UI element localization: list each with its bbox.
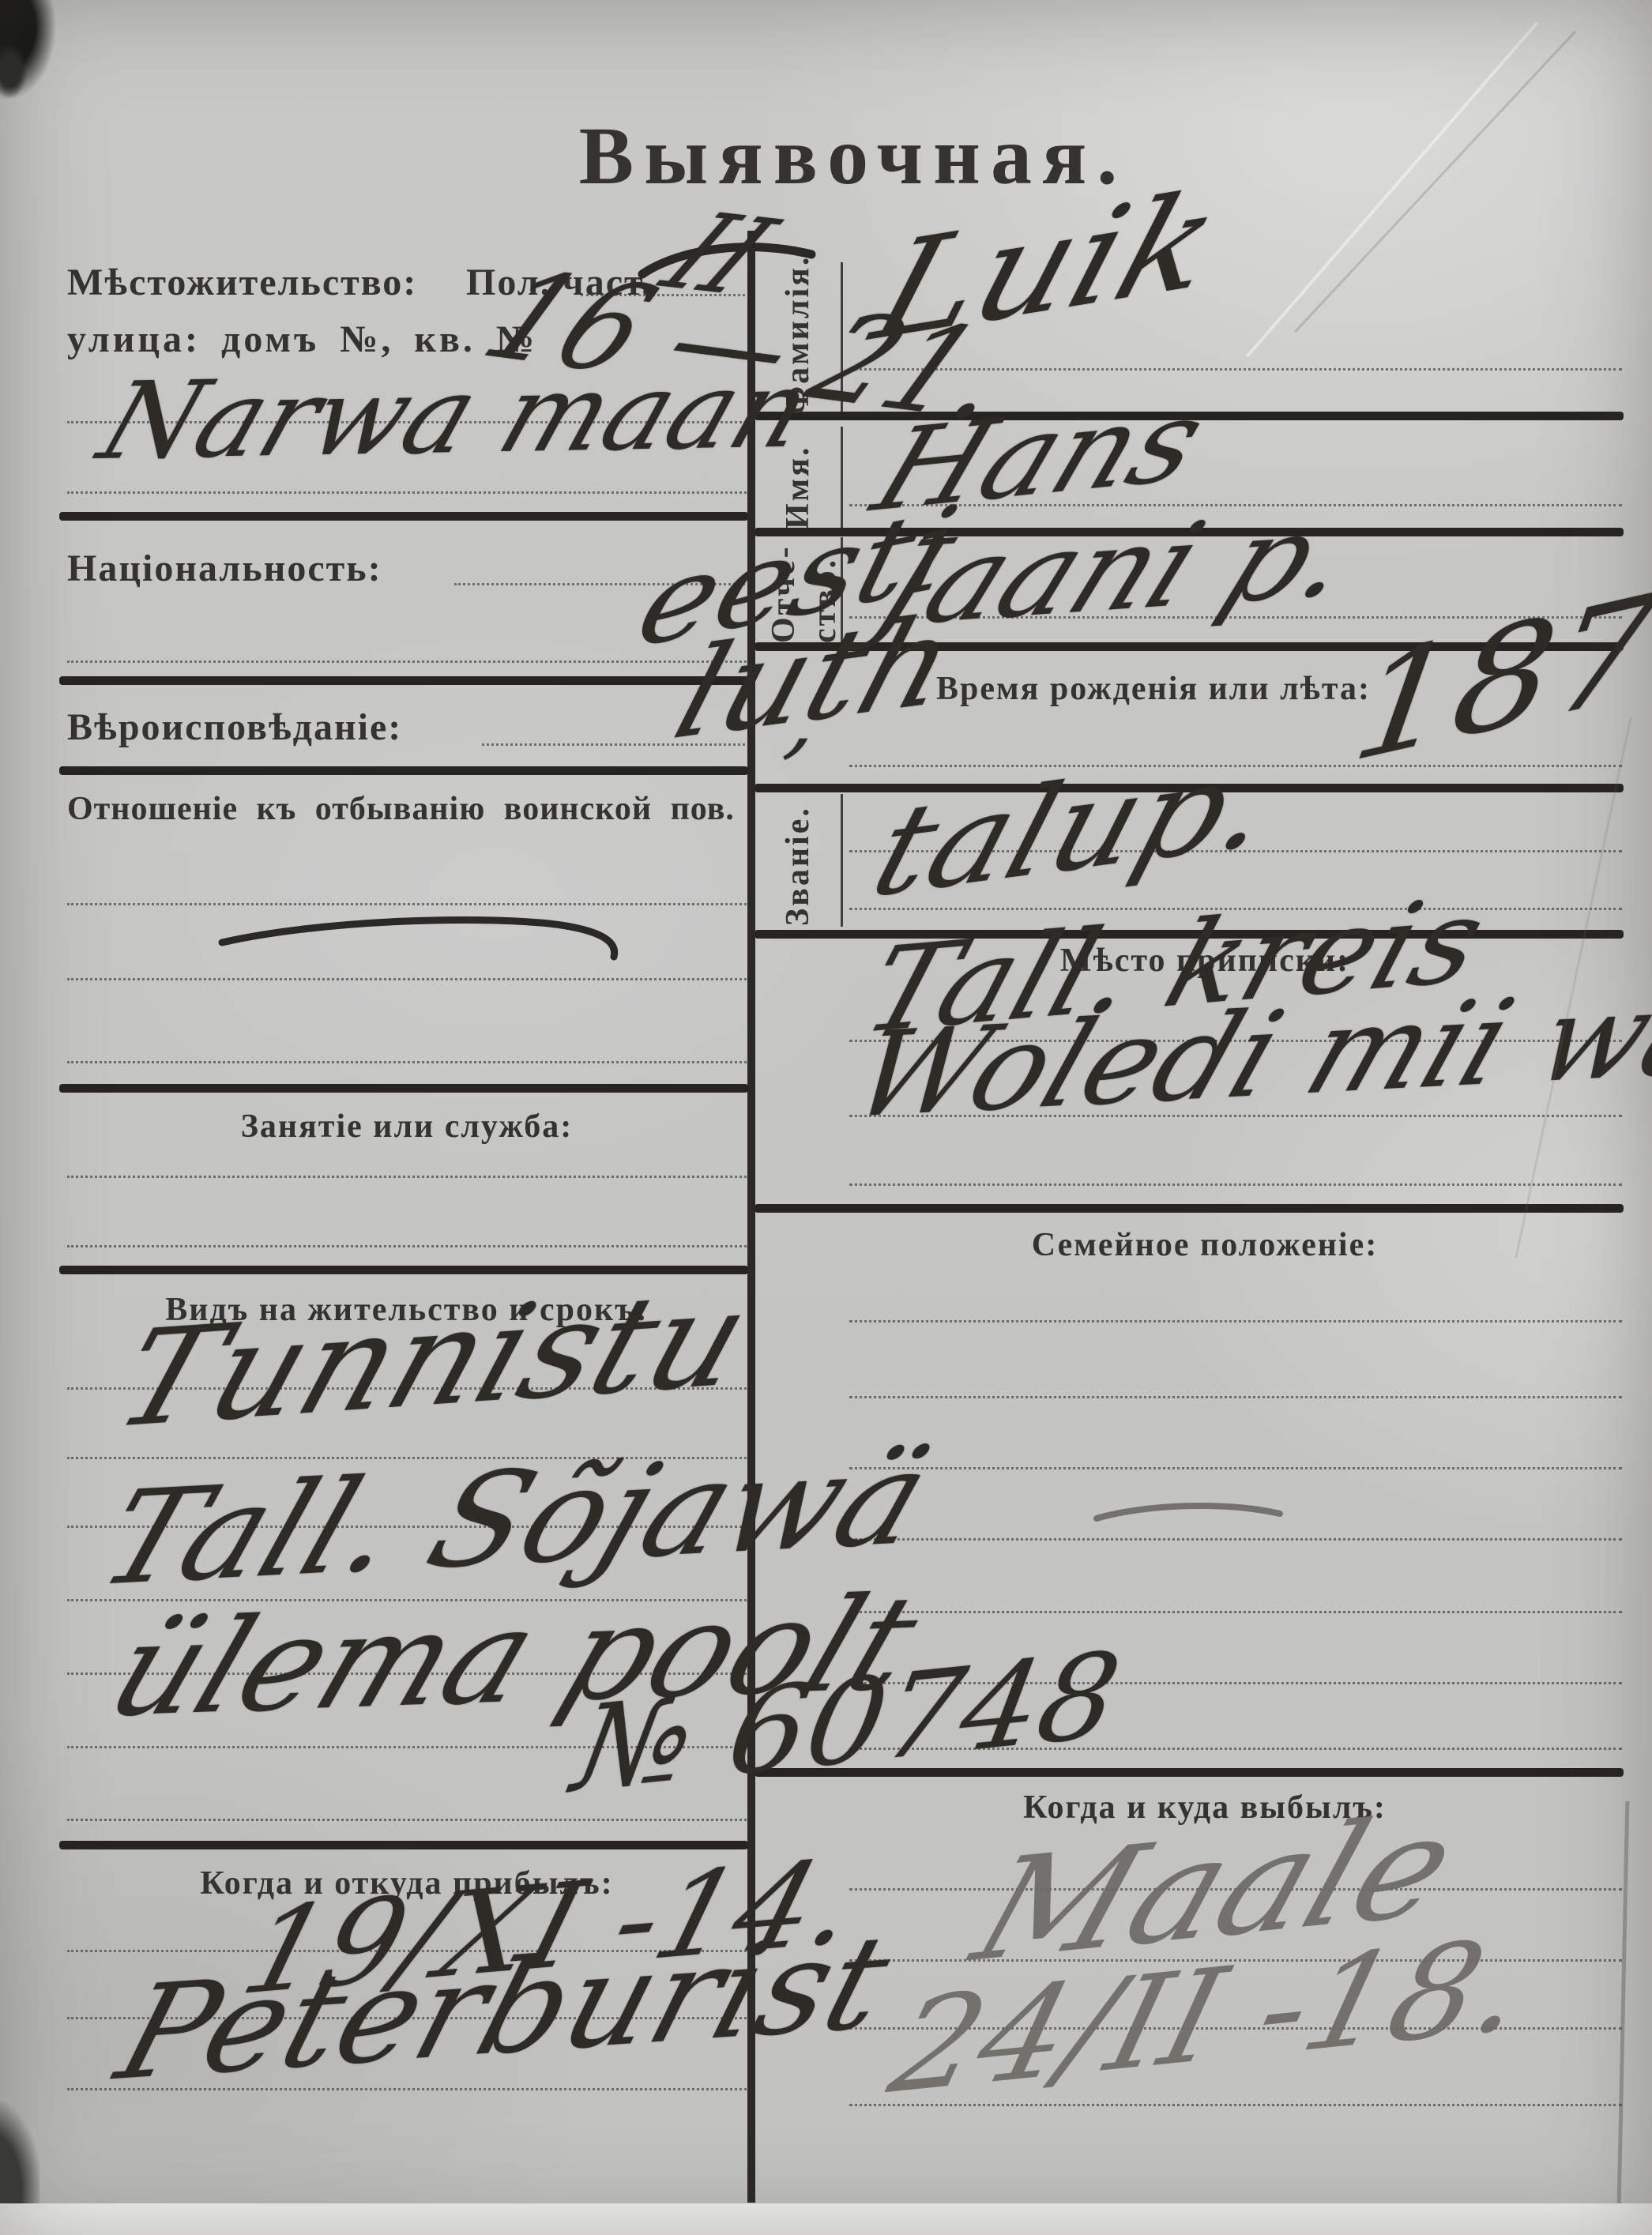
birth-value-handwritten: 1878 xyxy=(1343,540,1652,795)
section-divider xyxy=(59,676,748,685)
religion-label: Вѣроисповѣданіе: xyxy=(67,705,402,749)
dotted-line xyxy=(849,1396,1622,1398)
occupation-label: Занятіе или служба: xyxy=(67,1108,747,1146)
dotted-line xyxy=(67,1245,747,1247)
torn-corner-mark xyxy=(0,0,55,99)
residence-label: Мѣстожительство: xyxy=(67,261,417,304)
dotted-line xyxy=(67,978,747,980)
scanner-background-strip xyxy=(0,2203,1652,2235)
dotted-line xyxy=(849,1538,1622,1541)
section-divider xyxy=(59,512,748,521)
label-rule xyxy=(841,794,843,927)
permit-line1-handwritten: Tunnistu xyxy=(99,1260,768,1458)
paper-edge-line xyxy=(1617,1801,1630,2204)
scanned-form: Выявочная. Мѣстожительство: Пол. част. I… xyxy=(0,0,1652,2235)
birth-label: Время рожденія или лѣта: xyxy=(885,670,1422,708)
dotted-line xyxy=(849,1611,1622,1613)
family-status-label: Семейное положеніе: xyxy=(869,1226,1541,1264)
dotted-line xyxy=(849,1183,1622,1186)
dotted-line xyxy=(67,1061,747,1063)
nationality-label: Національность: xyxy=(67,547,382,590)
section-divider xyxy=(755,1204,1624,1213)
crease-line xyxy=(1294,31,1576,333)
dotted-line xyxy=(849,1467,1622,1469)
dotted-line xyxy=(67,1176,747,1178)
section-divider xyxy=(59,1841,748,1849)
form-title: Выявочная. xyxy=(573,109,1134,203)
rank-label-wrap: Званіе. xyxy=(779,800,817,926)
military-dash-ink-stroke xyxy=(217,905,628,964)
rank-label: Званіе. xyxy=(779,800,817,926)
section-divider xyxy=(59,766,748,775)
military-duty-label: Отношеніе къ отбыванію воинской пов. xyxy=(67,790,735,828)
street-value-handwritten: Narwa maan xyxy=(85,348,826,483)
family-dash-pencil-stroke xyxy=(1090,1493,1288,1529)
crease-line xyxy=(1246,21,1538,357)
dotted-line xyxy=(67,1819,747,1821)
arrival-place-handwritten: Peterburist xyxy=(103,1906,905,2109)
edge-smudge xyxy=(0,43,28,99)
dotted-line xyxy=(67,491,747,494)
section-divider xyxy=(59,1084,748,1093)
dotted-line xyxy=(849,1320,1622,1323)
bottom-left-shadow xyxy=(0,2101,40,2212)
